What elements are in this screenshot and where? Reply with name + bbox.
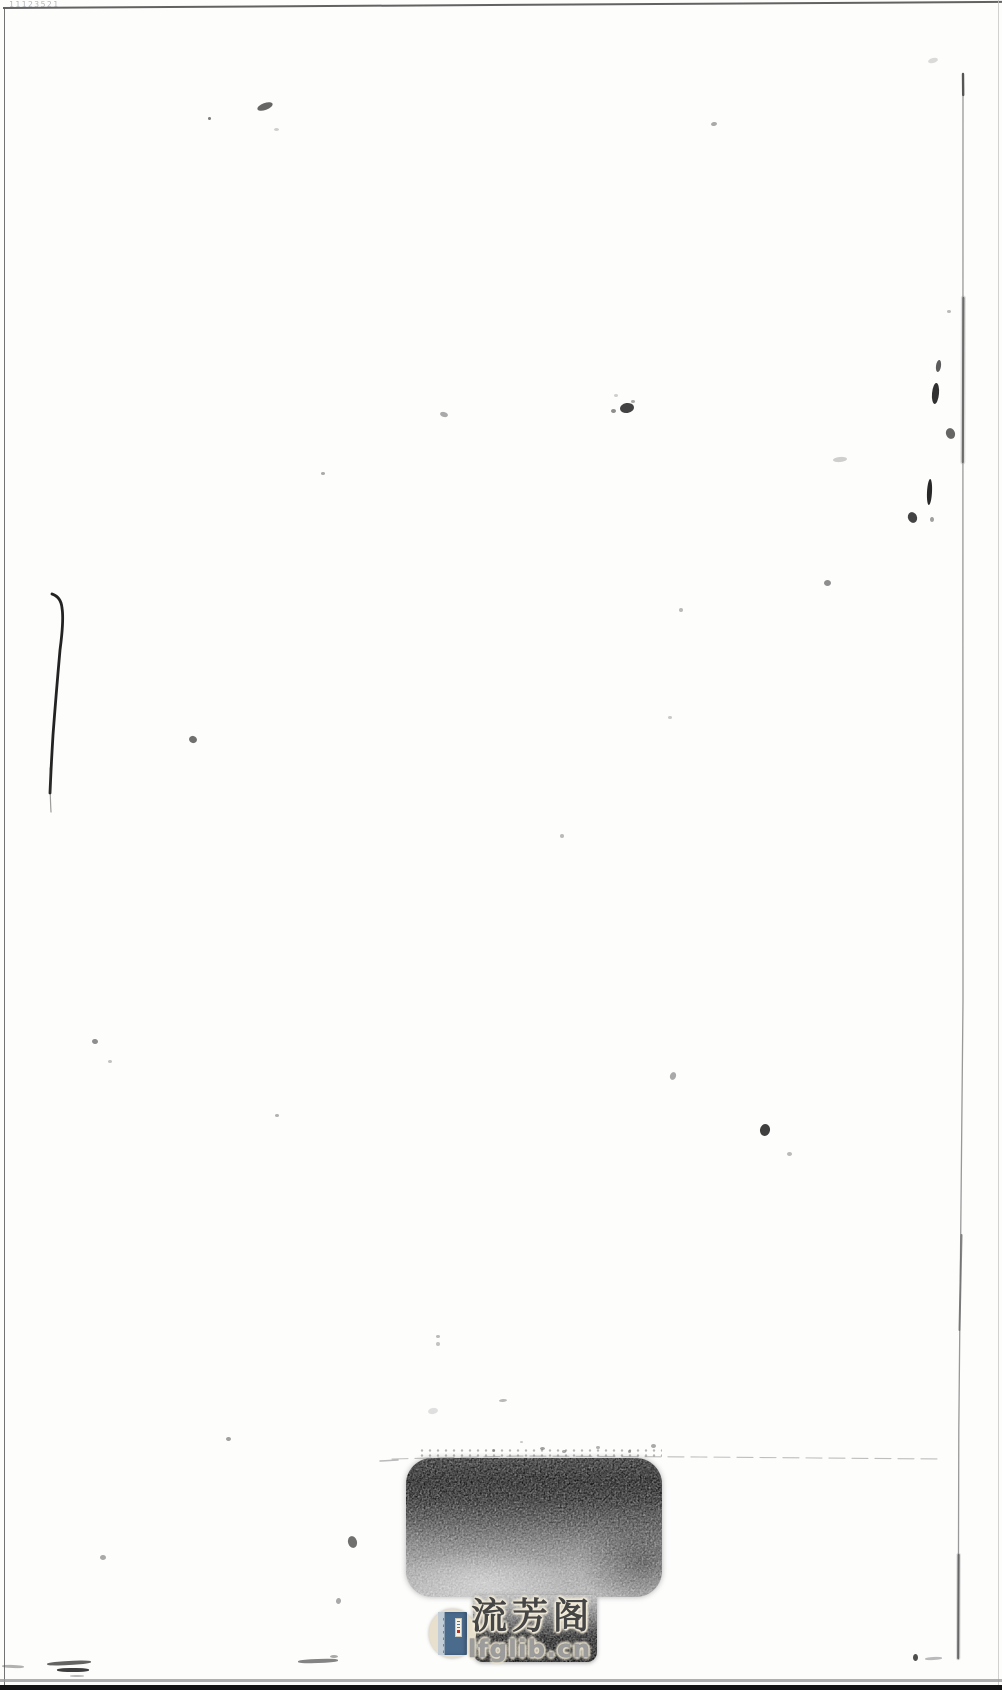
ink-speck	[57, 1668, 89, 1672]
ink-speck	[631, 400, 635, 403]
ink-speck	[824, 580, 831, 586]
ink-speck	[628, 1450, 631, 1453]
site-watermark: 流芳阁 lfglib.cn	[425, 1596, 605, 1676]
ink-speck	[274, 128, 279, 131]
watermark-site-name: 流芳阁	[471, 1597, 594, 1635]
ink-speck	[668, 716, 672, 719]
ink-speck	[492, 1449, 495, 1452]
ink-speck	[275, 1114, 279, 1117]
ink-speck	[596, 1446, 600, 1449]
book-icon	[438, 1612, 467, 1655]
ink-speck	[436, 1335, 440, 1338]
ink-speck	[562, 1450, 566, 1453]
ink-speck	[540, 1447, 545, 1450]
ink-speck	[787, 1152, 792, 1156]
label-text-mark	[457, 1621, 461, 1622]
ink-speck	[614, 394, 618, 397]
book-stitches	[443, 1614, 445, 1653]
ink-speck	[108, 1060, 112, 1063]
ink-speck	[321, 472, 325, 475]
ink-speck	[560, 834, 564, 838]
label-text-mark	[457, 1624, 461, 1625]
ink-speck	[436, 1342, 440, 1346]
ink-speck	[679, 608, 683, 612]
label-text-mark	[457, 1627, 461, 1628]
book-title-label	[455, 1618, 462, 1637]
ink-speck	[947, 310, 951, 313]
watermark-site-domain: lfglib.cn	[468, 1636, 591, 1662]
ink-speck	[930, 517, 934, 522]
ink-marks-layer	[0, 0, 1002, 1690]
ink-speck	[520, 1441, 523, 1443]
ink-speck	[208, 117, 211, 120]
ink-speck	[611, 409, 616, 413]
ink-speck	[651, 1444, 656, 1448]
scanned-book-page: 11123521	[0, 0, 1002, 1690]
red-seal-icon	[457, 1630, 461, 1634]
ink-speck	[330, 1655, 338, 1658]
ink-speck	[100, 1555, 106, 1560]
ink-speck	[70, 1675, 84, 1677]
ink-speck	[226, 1437, 231, 1441]
ink-speck	[913, 1654, 918, 1661]
